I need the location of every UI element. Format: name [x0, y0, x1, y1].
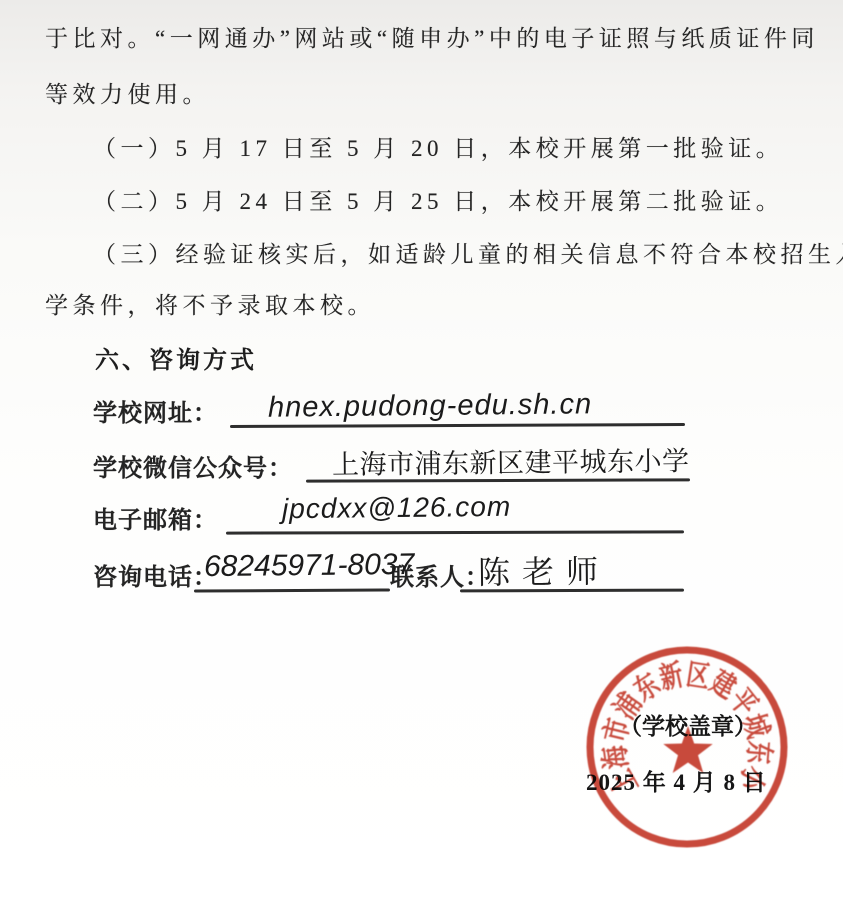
field-underline-contact: [460, 589, 684, 592]
field-underline-phone: [194, 588, 390, 592]
body-line-first-batch: （一）5 月 17 日至 5 月 20 日，本校开展第一批验证。: [93, 130, 783, 163]
body-line-1: 于比对。“一网通办”网站或“随申办”中的电子证照与纸质证件同: [45, 20, 819, 53]
handwritten-contact-person: 陈老师: [478, 546, 610, 593]
field-label-email: 电子邮箱：: [93, 500, 218, 535]
field-label-phone: 咨询电话：: [93, 557, 218, 592]
body-line-second-batch: （二）5 月 24 日至 5 月 25 日，本校开展第二批验证。: [93, 183, 783, 216]
school-seal-stamp: 上海市浦东新区建平城东小学: [584, 644, 792, 852]
body-line-2: 等效力使用。: [45, 76, 210, 109]
section-heading-contact-methods: 六、咨询方式: [95, 340, 257, 375]
star-icon: [663, 726, 712, 773]
handwritten-school-website: hnex.pudong-edu.sh.cn: [268, 388, 592, 424]
field-label-wechat-account: 学校微信公众号：: [93, 448, 293, 483]
field-underline-email: [226, 530, 684, 534]
body-line-verification-1: （三）经验证核实后，如适龄儿童的相关信息不符合本校招生入: [93, 236, 843, 269]
field-label-school-website: 学校网址：: [93, 393, 218, 428]
handwritten-wechat-account: 上海市浦东新区建平城东小学: [332, 439, 690, 482]
field-underline-wechat: [306, 478, 690, 482]
handwritten-email: jpcdxx@126.com: [282, 491, 512, 525]
handwritten-phone-number: 68245971-8037: [204, 548, 415, 584]
body-line-verification-2: 学条件，将不予录取本校。: [45, 287, 375, 320]
scanned-notice-page: 于比对。“一网通办”网站或“随申办”中的电子证照与纸质证件同 等效力使用。 （一…: [0, 0, 843, 897]
